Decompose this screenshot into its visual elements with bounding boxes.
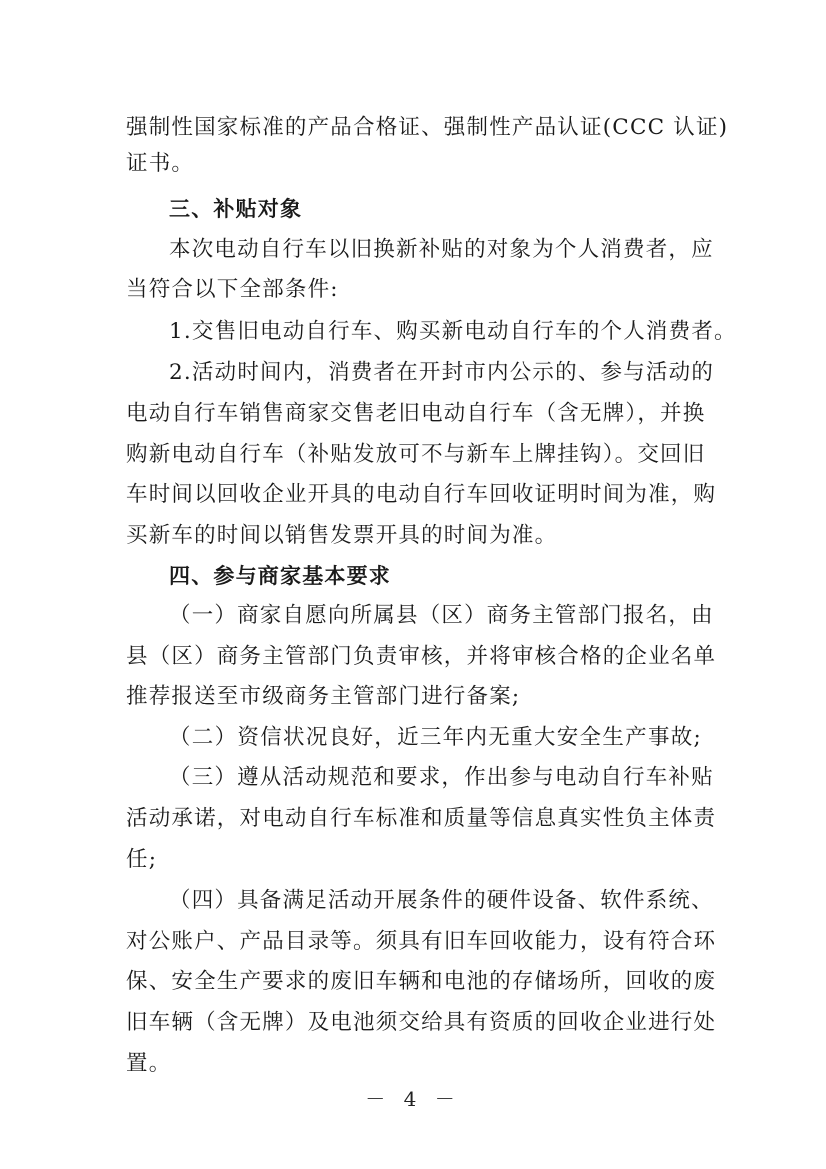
paragraph-line: 当符合以下全部条件:	[126, 270, 339, 310]
section-heading: 三、补贴对象	[126, 189, 702, 229]
paragraph-line: 旧车辆（含无牌）及电池须交给具有资质的回收企业进行处	[126, 1003, 702, 1043]
paragraph-line: 本次电动自行车以旧换新补贴的对象为个人消费者，应	[126, 230, 702, 270]
paragraph-line: 县（区）商务主管部门负责审核，并将审核合格的企业名单	[126, 637, 702, 677]
paragraph-line: （四）具备满足活动开展条件的硬件设备、软件系统、	[126, 881, 702, 921]
page-number: － 4 －	[0, 1083, 826, 1112]
paragraph-line: 证书。	[126, 144, 194, 184]
paragraph-line: 置。	[126, 1044, 171, 1084]
paragraph-line: 保、安全生产要求的废旧车辆和电池的存储场所，回收的废	[126, 962, 702, 1002]
paragraph-line: （三）遵从活动规范和要求，作出参与电动自行车补贴	[126, 758, 702, 798]
paragraph-line: 对公账户、产品目录等。须具有旧车回收能力，设有符合环	[126, 922, 702, 962]
paragraph-line: 电动自行车销售商家交售老旧电动自行车（含无牌），并换	[126, 394, 702, 434]
paragraph-line: 推荐报送至市级商务主管部门进行备案;	[126, 677, 520, 717]
paragraph-line: （一）商家自愿向所属县（区）商务主管部门报名，由	[126, 596, 702, 636]
paragraph-line: 1.交售旧电动自行车、购买新电动自行车的个人消费者。	[126, 312, 702, 352]
paragraph-line: 任;	[126, 840, 157, 880]
paragraph-line: 强制性国家标准的产品合格证、强制性产品认证(CCC 认证)	[126, 108, 702, 148]
section-heading: 四、参与商家基本要求	[126, 556, 702, 596]
paragraph-line: 买新车的时间以销售发票开具的时间为准。	[126, 516, 557, 556]
paragraph-line: 2.活动时间内，消费者在开封市内公示的、参与活动的	[126, 353, 702, 393]
paragraph-line: 活动承诺，对电动自行车标准和质量等信息真实性负主体责	[126, 799, 702, 839]
paragraph-line: 车时间以回收企业开具的电动自行车回收证明时间为准，购	[126, 475, 702, 515]
paragraph-line: （二）资信状况良好，近三年内无重大安全生产事故;	[126, 718, 702, 758]
paragraph-line: 购新电动自行车（补贴发放可不与新车上牌挂钩）。交回旧	[126, 435, 702, 475]
